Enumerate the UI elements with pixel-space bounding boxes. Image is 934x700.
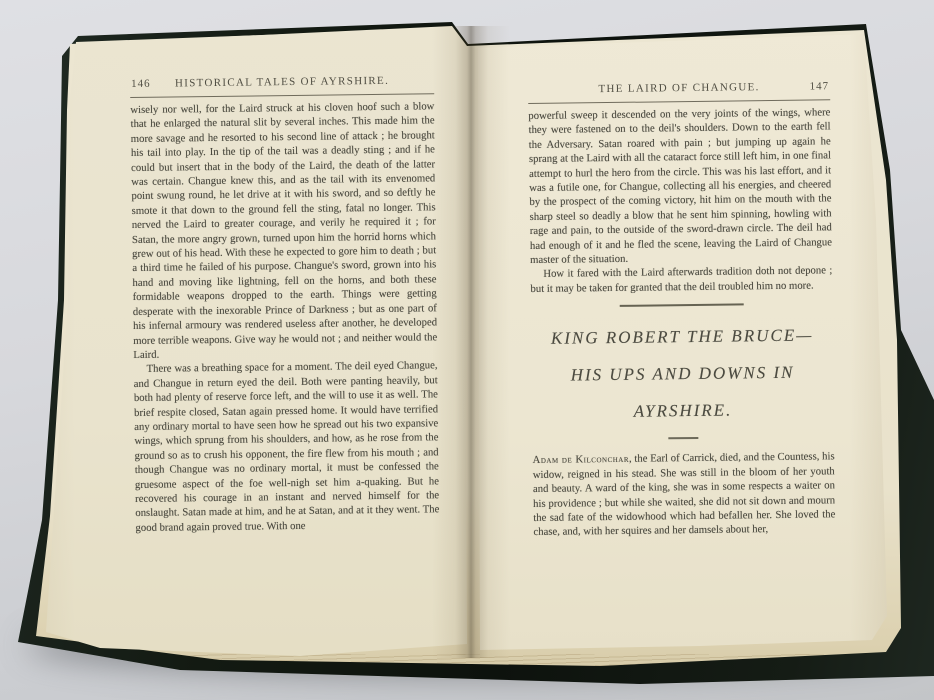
left-header-rule xyxy=(130,93,434,98)
paragraph: There was a breathing space for a moment… xyxy=(133,359,439,536)
paragraph: wisely nor well, for the Laird struck at… xyxy=(130,99,437,362)
paragraph: powerful sweep it descended on the very … xyxy=(528,105,832,267)
right-page-number: 147 xyxy=(809,80,829,92)
chapter-heading-line: KING ROBERT THE BRUCE— xyxy=(531,317,833,358)
left-running-header: 146 HISTORICAL TALES OF AYRSHIRE. xyxy=(130,74,434,94)
chapter-heading-line: HIS UPS AND DOWNS IN xyxy=(531,354,833,395)
left-page-number: 146 xyxy=(131,78,151,90)
right-page-content: THE LAIRD OF CHANGUE. 147 powerful sweep… xyxy=(528,80,836,539)
right-running-title: THE LAIRD OF CHANGUE. xyxy=(528,80,830,96)
left-running-title: HISTORICAL TALES OF AYRSHIRE. xyxy=(130,74,434,90)
left-page-body: wisely nor well, for the Laird struck at… xyxy=(130,99,439,535)
chapter-divider xyxy=(668,437,698,439)
left-page-content: 146 HISTORICAL TALES OF AYRSHIRE. wisely… xyxy=(130,74,440,535)
chapter-opening-name: Adam de Kilconchar xyxy=(533,453,630,466)
right-header-rule xyxy=(528,99,830,104)
chapter-heading: KING ROBERT THE BRUCE— HIS UPS AND DOWNS… xyxy=(531,317,834,432)
paragraph: How it fared with the Laird afterwards t… xyxy=(530,264,832,296)
right-page-body: powerful sweep it descended on the very … xyxy=(528,105,832,296)
chapter-heading-line: AYRSHIRE. xyxy=(532,391,834,432)
book-photo: 146 HISTORICAL TALES OF AYRSHIRE. wisely… xyxy=(0,0,934,700)
right-running-header: THE LAIRD OF CHANGUE. 147 xyxy=(528,80,830,100)
section-divider xyxy=(620,304,744,308)
chapter-opening-paragraph: Adam de Kilconchar, the Earl of Carrick,… xyxy=(533,450,836,540)
